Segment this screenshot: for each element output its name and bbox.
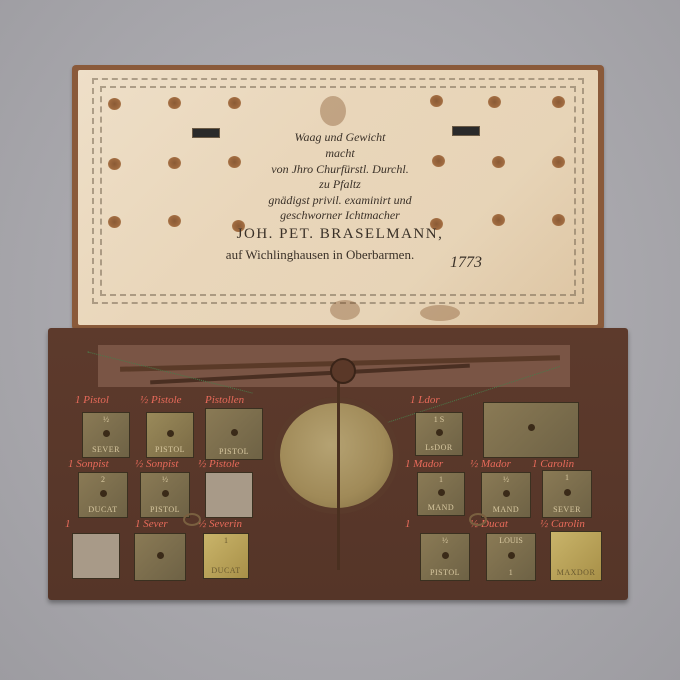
beam-pivot [330,358,356,384]
coin-weight: 1MAND [417,472,465,516]
hole [430,95,443,107]
scale-needle [337,380,340,570]
coin-weight: ½SEVER [82,412,130,458]
coin-weight [134,533,186,581]
label-line-3: von Jhro Churfürstl. Durchl. [0,162,680,177]
label-line-4: zu Pfaltz [0,177,680,192]
year: 1773 [450,254,482,272]
coin-weight: ½MAND [481,472,531,518]
coin-weight: LOUIS1 [486,533,536,581]
stain [320,96,346,126]
coin-weight: 2DUCAT [78,472,128,518]
coin-weight: PISTOL [146,412,194,458]
stain [420,305,460,321]
tray-label: Pistollen [205,394,244,406]
label-line-2: macht [0,146,680,161]
coin-weight: ½PISTOL [420,533,470,581]
tray-label: 1 [405,518,411,530]
coin-weight: MAXDOR [550,531,602,581]
empty-weight-slot [72,533,120,579]
tray-label: 1 Sonpist [68,458,109,470]
hole [168,97,181,109]
coin-weight: 1SEVER [542,470,592,518]
empty-weight-slot [205,472,253,518]
tray-label: 1 Carolin [532,458,574,470]
maker-name: JOH. PET. BRASELMANN, [0,226,680,243]
coin-weight: ½PISTOL [140,472,190,518]
hole [228,97,241,109]
hole [488,96,501,108]
label-line-6: geschworner Ichtmacher [0,208,680,223]
maker-location: auf Wichlinghausen in Oberbarmen. [0,247,660,263]
coin-weight-large [483,402,579,458]
brass-ring [469,513,487,526]
tray-label: ½ Carolin [540,518,585,530]
coin-weight: 1DUCAT [203,533,249,579]
stain [330,300,360,320]
label-line-5: gnädigst privil. examinirt und [0,193,680,208]
tray-label: 1 Mador [405,458,443,470]
tray-label: 1 Pistol [75,394,109,406]
tray-label: 1 Sever [135,518,168,530]
coin-weight: 1 SLsDOR [415,412,463,456]
tray-label: ½ Severin [198,518,242,530]
tray-label: ½ Mador [470,458,511,470]
brass-ring [183,513,201,526]
tray-label: ½ Pistole [140,394,182,406]
tray-label: 1 [65,518,71,530]
tray-label: ½ Sonpist [135,458,178,470]
tray-label: 1 Ldor [410,394,440,406]
coin-weight: PISTOL [205,408,263,460]
hole [552,96,565,108]
label-line-1: Waag und Gewicht [0,130,680,145]
hole [108,98,121,110]
